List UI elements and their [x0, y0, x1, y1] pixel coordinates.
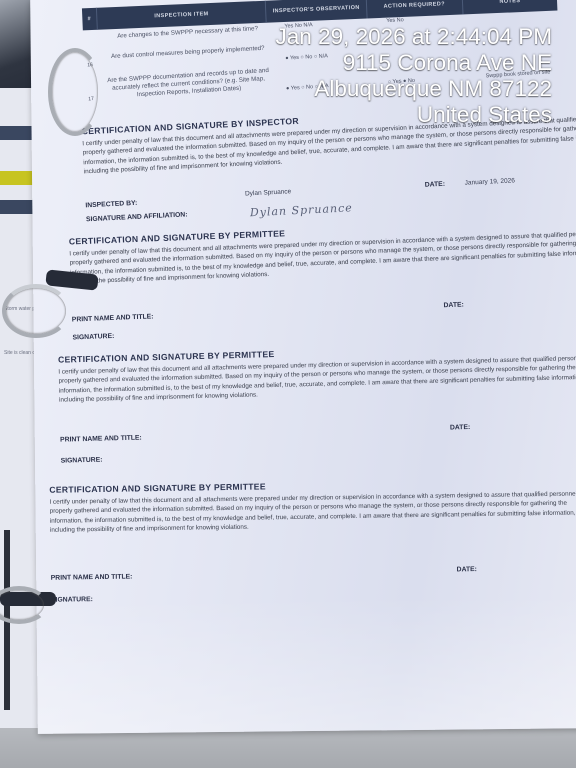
col-header-action-required: ACTION REQUIRED? [366, 0, 463, 18]
certification-text: I certify under penalty of law that this… [49, 489, 576, 535]
inspected-by-value: Dylan Spruance [245, 188, 292, 197]
signature-label[interactable]: SIGNATURE: [51, 596, 93, 604]
permittee-certification-section: CERTIFICATION AND SIGNATURE BY PERMITTEE… [69, 216, 576, 287]
permittee-certification-section: CERTIFICATION AND SIGNATURE BY PERMITTEE… [49, 476, 576, 535]
permittee-certification-section: CERTIFICATION AND SIGNATURE BY PERMITTEE… [58, 341, 576, 406]
binder-ring-icon [48, 48, 102, 136]
signature-label[interactable]: SIGNATURE: [61, 457, 103, 465]
inspected-by-label: INSPECTED BY: [85, 200, 137, 210]
inspection-question: Are dust control measures being properly… [103, 44, 273, 61]
binder-ring-icon [2, 284, 70, 338]
date-label[interactable]: DATE: [450, 424, 470, 432]
date-label: DATE: [425, 181, 446, 189]
date-value: January 19, 2026 [465, 177, 516, 186]
address-line-1: 9115 Corona Ave NE [276, 50, 552, 76]
date-label[interactable]: DATE: [443, 301, 464, 309]
col-header-notes: NOTES [462, 0, 557, 14]
country: United States [276, 102, 552, 128]
signature-label[interactable]: SIGNATURE: [72, 333, 114, 342]
date-label[interactable]: DATE: [457, 566, 477, 573]
address-line-2: Albuquerque NM 87122 [276, 76, 552, 102]
print-name-title-label[interactable]: PRINT NAME AND TITLE: [51, 573, 133, 581]
signature-affiliation-label: SIGNATURE AND AFFILIATION: [86, 211, 188, 223]
timestamp: Jan 29, 2026 at 2:44:04 PM [276, 24, 552, 50]
photo-timestamp-overlay: Jan 29, 2026 at 2:44:04 PM 9115 Corona A… [276, 24, 552, 128]
inspection-question: Are the SWPPP documentation and records … [103, 67, 274, 102]
col-header-number: # [82, 8, 98, 31]
print-name-title-label[interactable]: PRINT NAME AND TITLE: [60, 435, 142, 444]
col-header-observation: INSPECTOR'S OBSERVATION [266, 0, 367, 23]
inspector-signature: Dylan Spruance [250, 201, 353, 219]
print-name-title-label[interactable]: PRINT NAME AND TITLE: [72, 313, 154, 323]
